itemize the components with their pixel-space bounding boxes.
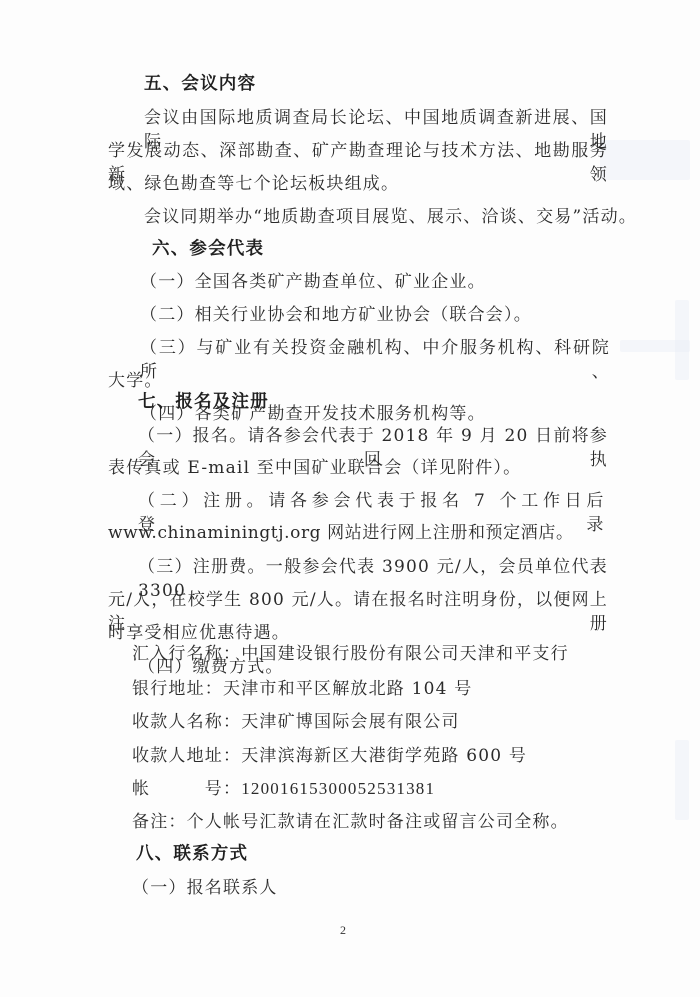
payment-payee-address: 收款人地址：天津滨海新区大港街学苑路 600 号 bbox=[132, 744, 632, 768]
section-5-heading: 五、会议内容 bbox=[144, 72, 644, 96]
bleed-through-mark bbox=[675, 300, 689, 380]
bleed-through-mark bbox=[675, 740, 689, 820]
bleed-through-mark bbox=[600, 140, 690, 180]
section-8-heading: 八、联系方式 bbox=[136, 842, 636, 866]
document-page: 五、会议内容 会议由国际地质调查局长论坛、中国地质调查新进展、国际地 学发展动态… bbox=[0, 0, 700, 997]
page-number: 2 bbox=[340, 923, 346, 938]
section-5-paragraph-1-line-3: 域、绿色勘查等七个论坛板块组成。 bbox=[108, 172, 608, 196]
payment-payee-name: 收款人名称：天津矿博国际会展有限公司 bbox=[132, 710, 632, 734]
section-7-item-1-line-2: 表传真或 E-mail 至中国矿业联合会（详见附件）。 bbox=[108, 456, 608, 480]
payment-account-number: 12001615300052531381 bbox=[241, 779, 435, 798]
section-5-paragraph-2: 会议同期举办“地质勘查项目展览、展示、洽谈、交易”活动。 bbox=[144, 205, 608, 229]
section-7-heading: 七、报名及注册 bbox=[138, 390, 638, 414]
payment-bank-address: 银行地址：天津市和平区解放北路 104 号 bbox=[132, 677, 632, 701]
payment-account-label: 帐 号： bbox=[132, 779, 241, 799]
section-6-item-1: （一）全国各类矿产勘查单位、矿业企业。 bbox=[140, 270, 640, 294]
section-6-item-2: （二）相关行业协会和地方矿业协会（联合会）。 bbox=[140, 303, 640, 327]
payment-account: 帐 号：12001615300052531381 bbox=[132, 777, 632, 801]
payment-bank-name: 汇入行名称：中国建设银行股份有限公司天津和平支行 bbox=[132, 642, 632, 666]
section-7-item-2-line-2: www.chinaminingtj.org 网站进行网上注册和预定酒店。 bbox=[108, 521, 608, 545]
section-8-item-1: （一）报名联系人 bbox=[132, 876, 632, 900]
section-6-heading: 六、参会代表 bbox=[152, 237, 652, 261]
payment-note: 备注：个人帐号汇款请在汇款时备注或留言公司全称。 bbox=[132, 810, 632, 834]
